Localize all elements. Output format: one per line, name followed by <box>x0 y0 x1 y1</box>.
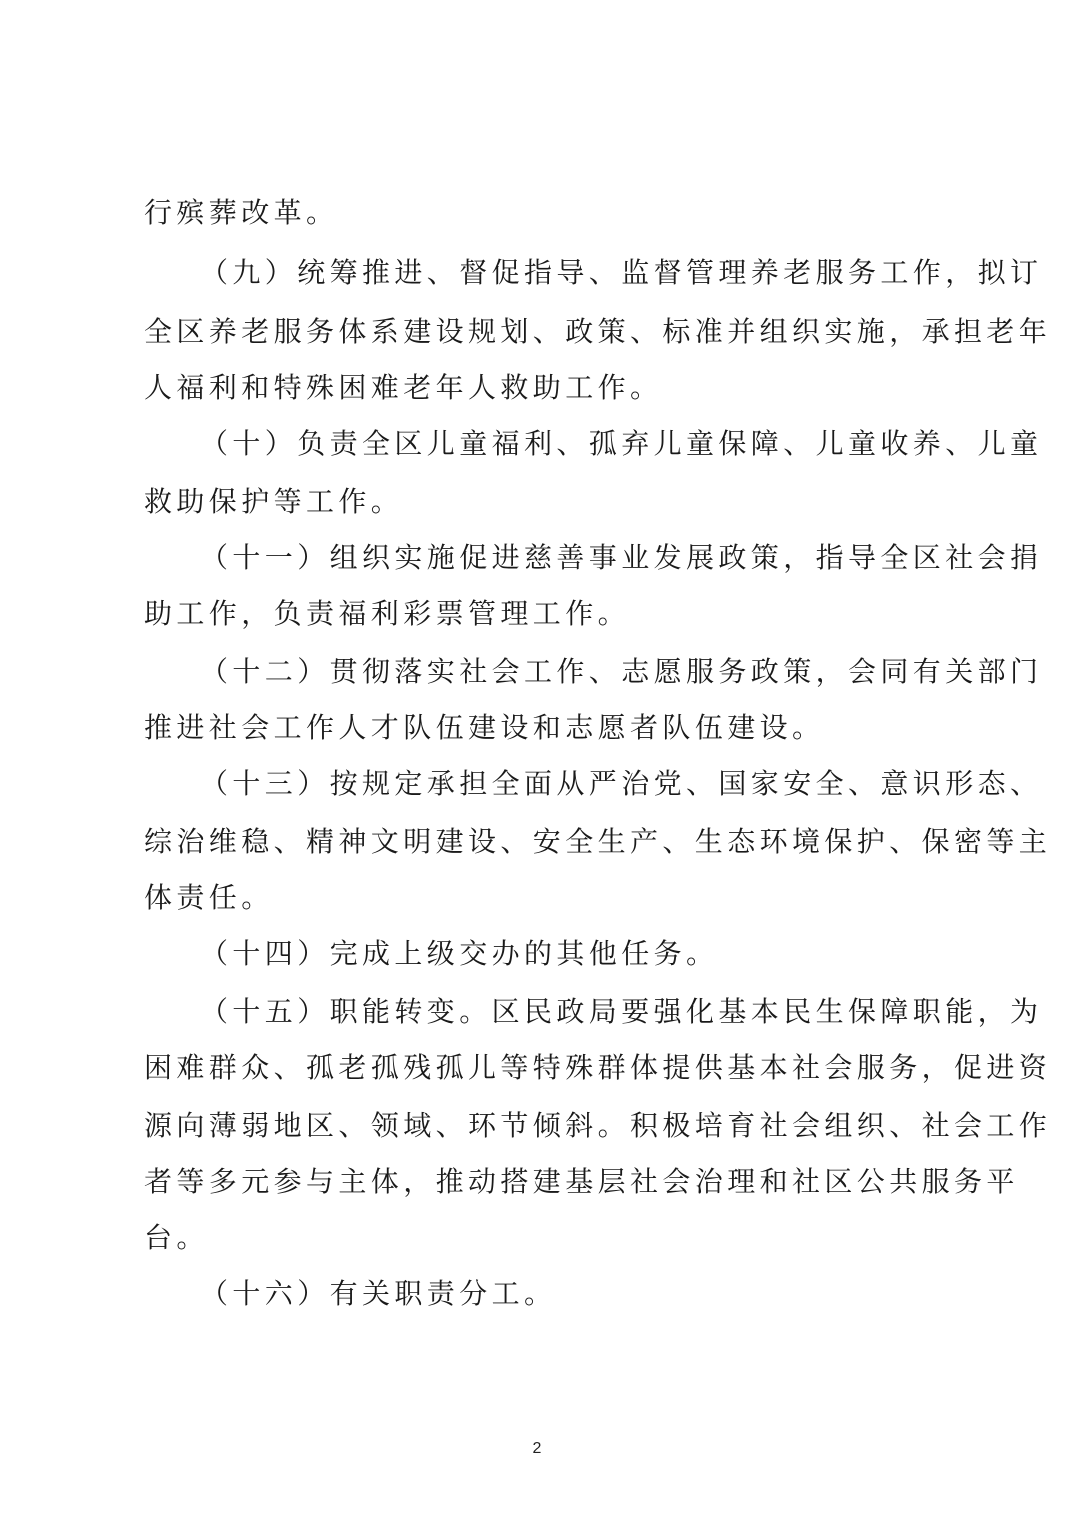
paragraph-10-line: （十）负责全区儿童福利、孤弃儿童保障、儿童收养、儿童 <box>200 428 1042 460</box>
paragraph-11-line: （十一）组织实施促进慈善事业发展政策，指导全区社会捐 <box>200 542 1042 574</box>
paragraph-12-line: （十二）贯彻落实社会工作、志愿服务政策，会同有关部门 <box>200 656 1042 688</box>
text-line: 助工作，负责福利彩票管理工作。 <box>144 598 630 630</box>
paragraph-15-line: （十五）职能转变。区民政局要强化基本民生保障职能，为 <box>200 996 1042 1028</box>
text-line: 全区养老服务体系建设规划、政策、标准并组织实施，承担老年 <box>144 316 1051 348</box>
text-line: 体责任。 <box>144 882 274 914</box>
text-line: 人福利和特殊困难老年人救助工作。 <box>144 372 662 404</box>
text-line: 困难群众、孤老孤残孤儿等特殊群体提供基本社会服务，促进资 <box>144 1052 1051 1084</box>
text-line: 综治维稳、精神文明建设、安全生产、生态环境保护、保密等主 <box>144 826 1051 858</box>
paragraph-13-line: （十三）按规定承担全面从严治党、国家安全、意识形态、 <box>200 768 1042 800</box>
paragraph-9-line: （九）统筹推进、督促指导、监督管理养老服务工作，拟订 <box>200 257 1042 289</box>
text-line: 台。 <box>144 1222 209 1254</box>
text-line: 推进社会工作人才队伍建设和志愿者队伍建设。 <box>144 712 824 744</box>
paragraph-14-line: （十四）完成上级交办的其他任务。 <box>200 938 718 970</box>
text-line: 救助保护等工作。 <box>144 486 403 518</box>
text-line: 行殡葬改革。 <box>144 197 338 229</box>
paragraph-16-line: （十六）有关职责分工。 <box>200 1278 556 1310</box>
text-line: 者等多元参与主体，推动搭建基层社会治理和社区公共服务平 <box>144 1166 1019 1198</box>
text-line: 源向薄弱地区、领域、环节倾斜。积极培育社会组织、社会工作 <box>144 1110 1051 1142</box>
page-number: 2 <box>0 1440 1074 1458</box>
